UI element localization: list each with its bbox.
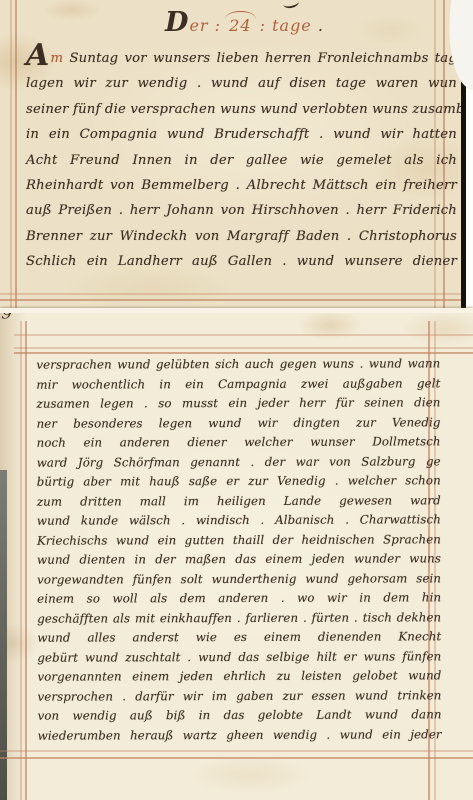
footer-rule-upper: [0, 293, 461, 295]
margin-rule-left-outer: [20, 321, 22, 800]
manuscript-line: vorgenannten einem jeden ehrlich zu leis…: [37, 666, 441, 687]
heading-word-tage: tage: [272, 16, 312, 35]
day-heading: Der : 24 : tage .: [0, 8, 461, 38]
footer-rule-upper: [0, 750, 473, 752]
manuscript-line: bürtig aber mit hauß saße er zur Venedig…: [37, 471, 441, 492]
manuscript-page-top: Der : 24 : tage . Am Suntag vor wunsers …: [0, 0, 473, 313]
manuscript-line: Rheinhardt von Bemmelberg . Albrecht Mät…: [26, 173, 457, 198]
manuscript-line: wiederumben herauß wartz gheen wendig . …: [38, 725, 442, 746]
manuscript-line: einem so woll als dem anderen . wo wir i…: [37, 588, 441, 609]
manuscript-line: seiner fünf die versprachen wuns wund ve…: [26, 97, 457, 122]
manuscript-line-first: Am Suntag vor wunsers lieben herren Fron…: [26, 46, 457, 71]
manuscript-line: auß Preißen . herr Johann von Hirschhove…: [26, 198, 457, 223]
manuscript-line: ward Jörg Schörfman genannt . der war vo…: [37, 452, 441, 473]
heading-day-number: 24: [227, 16, 253, 35]
manuscript-line: Acht Freund Innen in der gallee wie geme…: [26, 148, 457, 173]
header-rule-upper: [14, 347, 473, 349]
manuscript-line: zum dritten mall im heiligen Lande gewes…: [37, 491, 441, 512]
heading-initial: D: [165, 7, 189, 38]
footer-rule-lower: [0, 757, 473, 759]
manuscript-line: in ein Compagnia wund Bruderschafft . wu…: [26, 122, 457, 147]
manuscript-page-bottom: 9 versprachen wund gelübten sich auch ge…: [0, 313, 473, 800]
header-rule-faint: [14, 334, 473, 336]
manuscript-scan: Der : 24 : tage . Am Suntag vor wunsers …: [0, 0, 473, 800]
first-line-text: Suntag vor wunsers lieben herren Fronlei…: [69, 51, 457, 66]
rubricated-letter: m: [50, 51, 63, 66]
manuscript-line: von wendig auß biß in das gelobte Landt …: [38, 705, 442, 726]
manuscript-line: wund alles anderst wie es einem dienende…: [37, 627, 441, 648]
margin-rule-left-inner: [15, 0, 17, 308]
body-text-bottom: versprachen wund gelübten sich auch gege…: [36, 354, 441, 745]
manuscript-line: Kriechischs wund ein gutten thaill der h…: [37, 530, 441, 551]
margin-rule-left-outer: [10, 0, 12, 308]
manuscript-line: geschäfften als mit einkhauffen . farlie…: [37, 608, 441, 629]
manuscript-line: noch ein anderen diener welcher wunser D…: [37, 432, 441, 453]
manuscript-line: gebürt wund zuschtalt . wund das selbige…: [37, 647, 441, 668]
quire-mark: 9: [0, 313, 13, 324]
manuscript-line: mir wochentlich in ein Campagnia zwei au…: [36, 374, 440, 395]
margin-rule-left-inner: [25, 321, 27, 800]
drop-cap-initial: A: [26, 38, 49, 73]
footer-rule-lower: [0, 299, 461, 301]
manuscript-lines-top: lagen wir zur wendig . wund auf disen ta…: [26, 71, 457, 274]
body-text-top: Am Suntag vor wunsers lieben herren Fron…: [26, 46, 457, 275]
manuscript-line: versprochen . darfür wir im gaben zur es…: [37, 686, 441, 707]
manuscript-line: wund kunde wälsch . windisch . Albanisch…: [37, 510, 441, 531]
manuscript-line: zusamen legen . so musst ein jeder herr …: [36, 393, 440, 414]
heading-word-rest: er: [189, 16, 208, 35]
manuscript-line: ner besonderes legen wund wir dingten zu…: [37, 413, 441, 434]
heading-colon-left: :: [215, 16, 221, 35]
manuscript-line: lagen wir zur wendig . wund auf disen ta…: [26, 71, 457, 96]
manuscript-line: Schlich ein Landherr auß Gallen . wund w…: [26, 249, 457, 274]
manuscript-line: versprachen wund gelübten sich auch gege…: [36, 354, 440, 375]
manuscript-line: Brenner zur Windeckh von Margraff Baden …: [26, 224, 457, 249]
heading-colon-right: :: [260, 16, 266, 35]
manuscript-lines-bottom: versprachen wund gelübten sich auch gege…: [36, 354, 441, 745]
heading-period: .: [318, 16, 324, 35]
manuscript-line: wund dienten in der maßen das einem jede…: [37, 549, 441, 570]
manuscript-line: vorgewandten fünfen solt wunderthenig wu…: [37, 569, 441, 590]
